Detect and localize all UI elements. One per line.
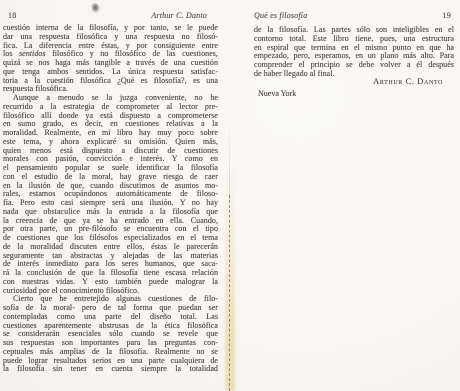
- book-spread: 18 Arthur C. Danto cuestión interna de l…: [0, 0, 460, 391]
- text-line: Aunque a menudo se la juzga conveniente,…: [3, 94, 218, 103]
- text-line: con el estudio de la moral, hay grave ri…: [3, 173, 218, 182]
- text-line: quien menos está dispuesto a discutir de…: [3, 147, 218, 156]
- text-line: comprender el principio se debe volver a…: [254, 61, 454, 70]
- text-line: la creencia de que ya se ha entrado en e…: [3, 217, 218, 226]
- text-line: fica. La diferencia entre éstas, y por c…: [3, 42, 218, 51]
- text-line: Cierto que he entretejido algunas cuesti…: [3, 295, 218, 304]
- text-line: ceptuales más amplias de la filosofía. R…: [3, 348, 218, 357]
- text-line: fía. Pero esto casi siempre será una ilu…: [3, 199, 218, 208]
- text-line: seguramente tan abstractas y alejadas de…: [3, 252, 218, 261]
- text-line: se considerarán esenciales sólo cuando s…: [3, 330, 218, 339]
- text-line: sus respuestas son importantes para las …: [3, 339, 218, 348]
- text-line: sofía de la moral- pero de tal forma que…: [3, 304, 218, 313]
- left-page-body: cuestión interna de la filosofía, y por …: [3, 24, 218, 374]
- left-page-number: 18: [8, 10, 17, 21]
- text-line: rá la conclusión de que la filosofía tie…: [3, 269, 218, 278]
- location-line: Nueva York: [258, 89, 378, 98]
- text-line: cuestiones aparentemente abstrusas de la…: [3, 322, 218, 331]
- spine-crease-line: [229, 195, 230, 391]
- right-page-body: de la filosofía. Las partes sólo son int…: [254, 26, 454, 79]
- text-line: puede lograr resultados serios en una pa…: [3, 357, 218, 366]
- text-line: el pensamiento popular se suele identifi…: [3, 164, 218, 173]
- text-line: los sentidos filosófico y no filosófico …: [3, 50, 218, 59]
- text-line: la filosofía sin tener en cuenta siempre…: [3, 365, 218, 374]
- right-page-header: Qué es filosofía 19: [254, 10, 455, 21]
- left-running-head: Arthur C. Danto: [151, 10, 207, 21]
- text-line: curiosidad por el conocimiento filosófic…: [3, 287, 218, 296]
- text-line: empezado, pero, esperamos, en un plano m…: [254, 52, 454, 61]
- text-line: toria a la cuestión filosófica ¿Qué es f…: [3, 77, 218, 86]
- text-line: contorno total. Este libro tiene, pues, …: [254, 35, 454, 44]
- text-line: con nuestras vidas. Y esto también puede…: [3, 278, 218, 287]
- text-line: morales con pasión, convicción e interés…: [3, 155, 218, 164]
- text-line: rales, estamos ocupándonos automáticamen…: [3, 190, 218, 199]
- text-line: de interés inmediato para los seres huma…: [3, 260, 218, 269]
- text-line: cuestión interna de la filosofía, y por …: [3, 24, 218, 33]
- text-line: este tema, y ahora explicaré su omisión.…: [3, 138, 218, 147]
- text-line: de cuestiones que los filósofos especial…: [3, 234, 218, 243]
- text-line: dar una respuesta filosófica y una respu…: [3, 33, 218, 42]
- spine-glow: [225, 160, 235, 391]
- text-line: contempladas como una parte del diseño t…: [3, 313, 218, 322]
- text-line: filosófico allí donde ya está dispuesto …: [3, 112, 218, 121]
- spine-shadow-upper: [229, 120, 230, 200]
- text-line: respuesta filosófica.: [3, 85, 218, 94]
- text-line: por otra parte, un pre-filósofo se encue…: [3, 225, 218, 234]
- text-line: de la moralidad discuten entre ellos, és…: [3, 243, 218, 252]
- text-line: en espiral que termina en el mismo punto…: [254, 44, 454, 53]
- text-line: recurrido a la estrategia de comprometer…: [3, 103, 218, 112]
- text-line: que tenga ambos sentidos. La única respu…: [3, 68, 218, 77]
- text-line: en la ilusión de que, cuando discutimos …: [3, 182, 218, 191]
- author-signature: Arthur C. Danto: [254, 77, 454, 86]
- left-page-header: 18 Arthur C. Danto: [3, 10, 218, 21]
- text-line: de la filosofía. Las partes sólo son int…: [254, 26, 454, 35]
- text-line: moralidad. Realmente, en mi libro hay mu…: [3, 129, 218, 138]
- text-line: en sumo grado, es decir, en cuestiones r…: [3, 120, 218, 129]
- text-line: quizá se nos haga más tangible a través …: [3, 59, 218, 68]
- right-running-head: Qué es filosofía: [254, 10, 307, 21]
- right-page-number: 19: [442, 10, 451, 21]
- text-line: nada que obstaculice más la entrada a la…: [3, 208, 218, 217]
